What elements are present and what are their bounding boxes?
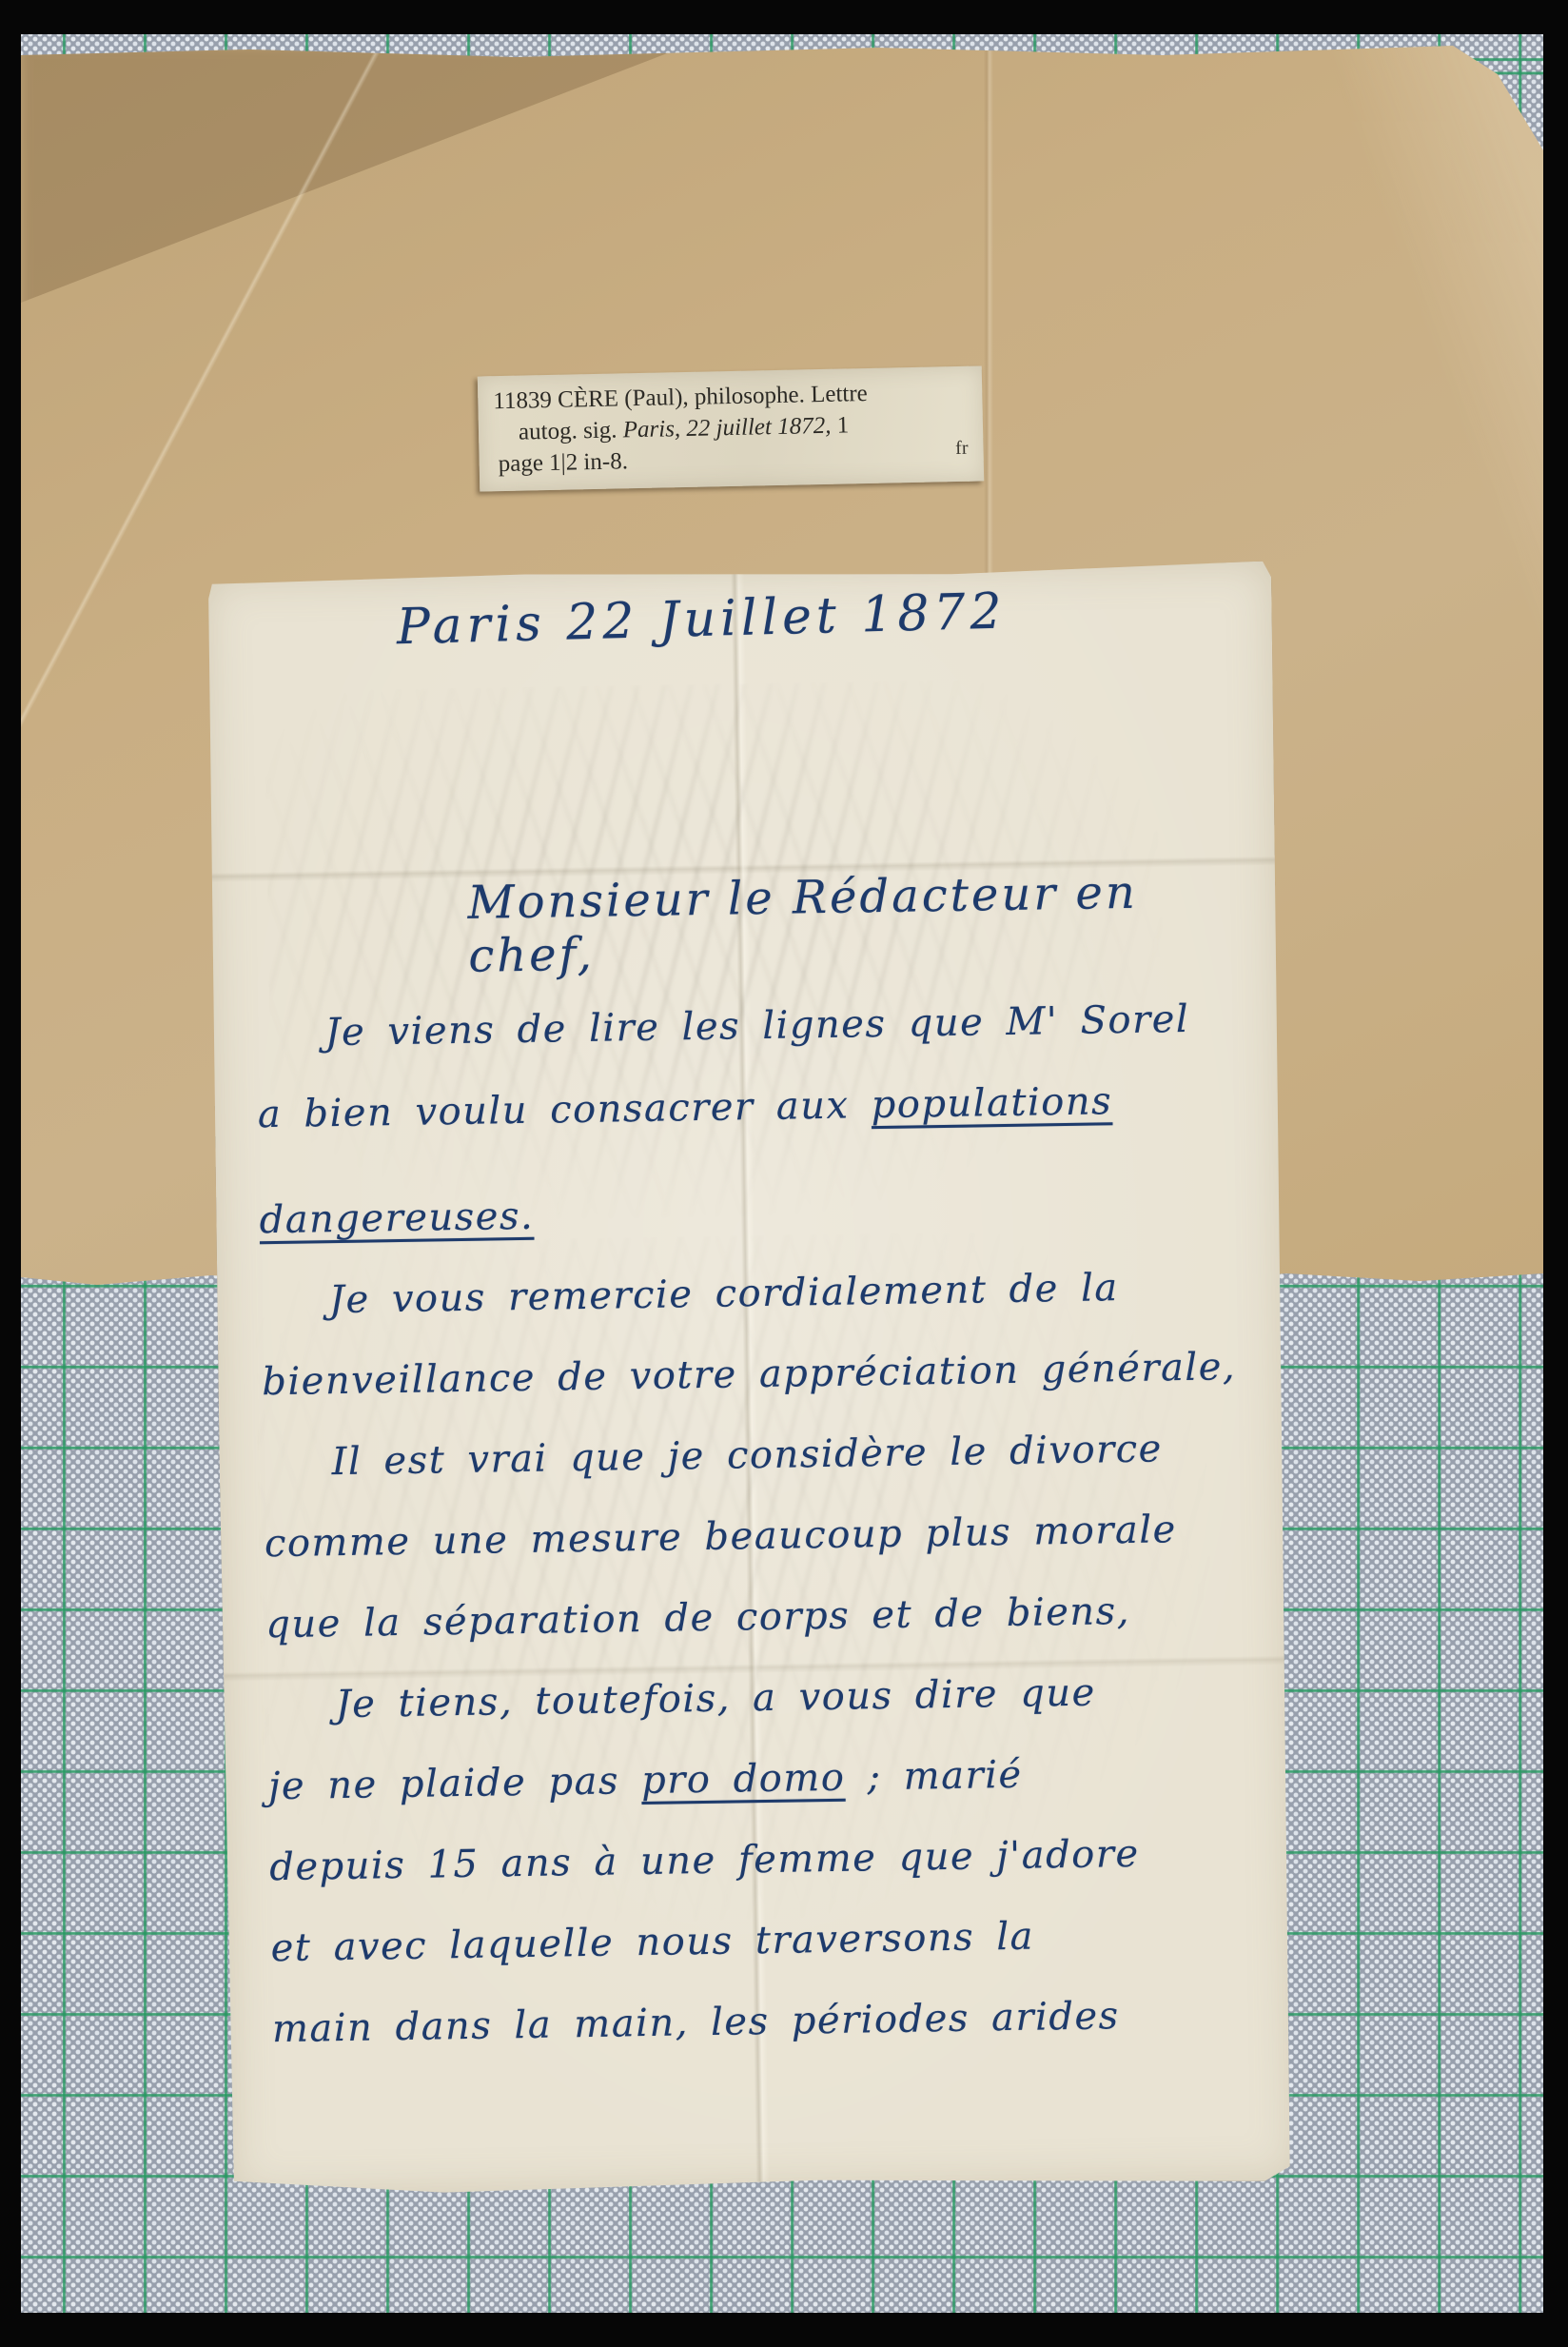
envelope-corner-shade: [21, 46, 744, 331]
body-line-10-underlined: pro domo: [641, 1756, 846, 1803]
body-line-3: dangereuses.: [259, 1176, 535, 1262]
body-line-12: et avec laquelle nous traversons la: [270, 1893, 1268, 1989]
label-price-note: fr: [955, 435, 969, 461]
body-line-7: comme une mesure beaucoup plus morale: [264, 1489, 1262, 1585]
body-line-10: je ne plaide pas pro domo ; marié: [267, 1731, 1265, 1827]
body-line-11: depuis 15 ans à une femme que j'adore: [269, 1812, 1267, 1908]
letter-sheet: Paris 22 Juillet 1872 Monsieur le Rédact…: [206, 562, 1297, 2198]
label-line-2-pre: autog. sig.: [519, 417, 623, 444]
letter-body: Je viens de lire les lignes que M' Sorel…: [256, 978, 1270, 2070]
body-line-10-end: ; marié: [845, 1753, 1023, 1800]
body-line-13: main dans la main, les périodes arides: [271, 1974, 1269, 2070]
label-line-2-italic: Paris, 22 juillet 1872,: [622, 413, 831, 444]
body-line-10-pre: je ne plaide pas: [268, 1759, 642, 1808]
body-line-1: Je viens de lire les lignes que M' Sorel: [324, 978, 1254, 1074]
body-line-6: Il est vrai que je considère le divorce: [331, 1408, 1261, 1503]
body-line-2-text: a bien voulu consacrer aux: [258, 1083, 872, 1136]
body-line-2-underlined: populations: [871, 1079, 1112, 1127]
photo-frame: 11839 CÈRE (Paul), philosophe. Lettre au…: [0, 0, 1568, 2347]
body-line-2: a bien voulu consacrer aux populations: [257, 1059, 1255, 1155]
catalog-label: 11839 CÈRE (Paul), philosophe. Lettre au…: [478, 365, 984, 491]
body-line-8: que la séparation de corps et de biens,: [265, 1569, 1264, 1666]
body-line-4: Je vous remercie cordialement de la: [328, 1246, 1258, 1341]
letter-salutation: Monsieur le Rédacteur en chef,: [467, 863, 1278, 982]
letter-dateline: Paris 22 Juillet 1872: [396, 583, 1007, 657]
label-line-2-end: 1: [831, 412, 849, 438]
body-line-5: bienveillance de votre appréciation géné…: [262, 1327, 1260, 1423]
body-line-9: Je tiens, toutefois, a vous dire que: [335, 1650, 1264, 1745]
